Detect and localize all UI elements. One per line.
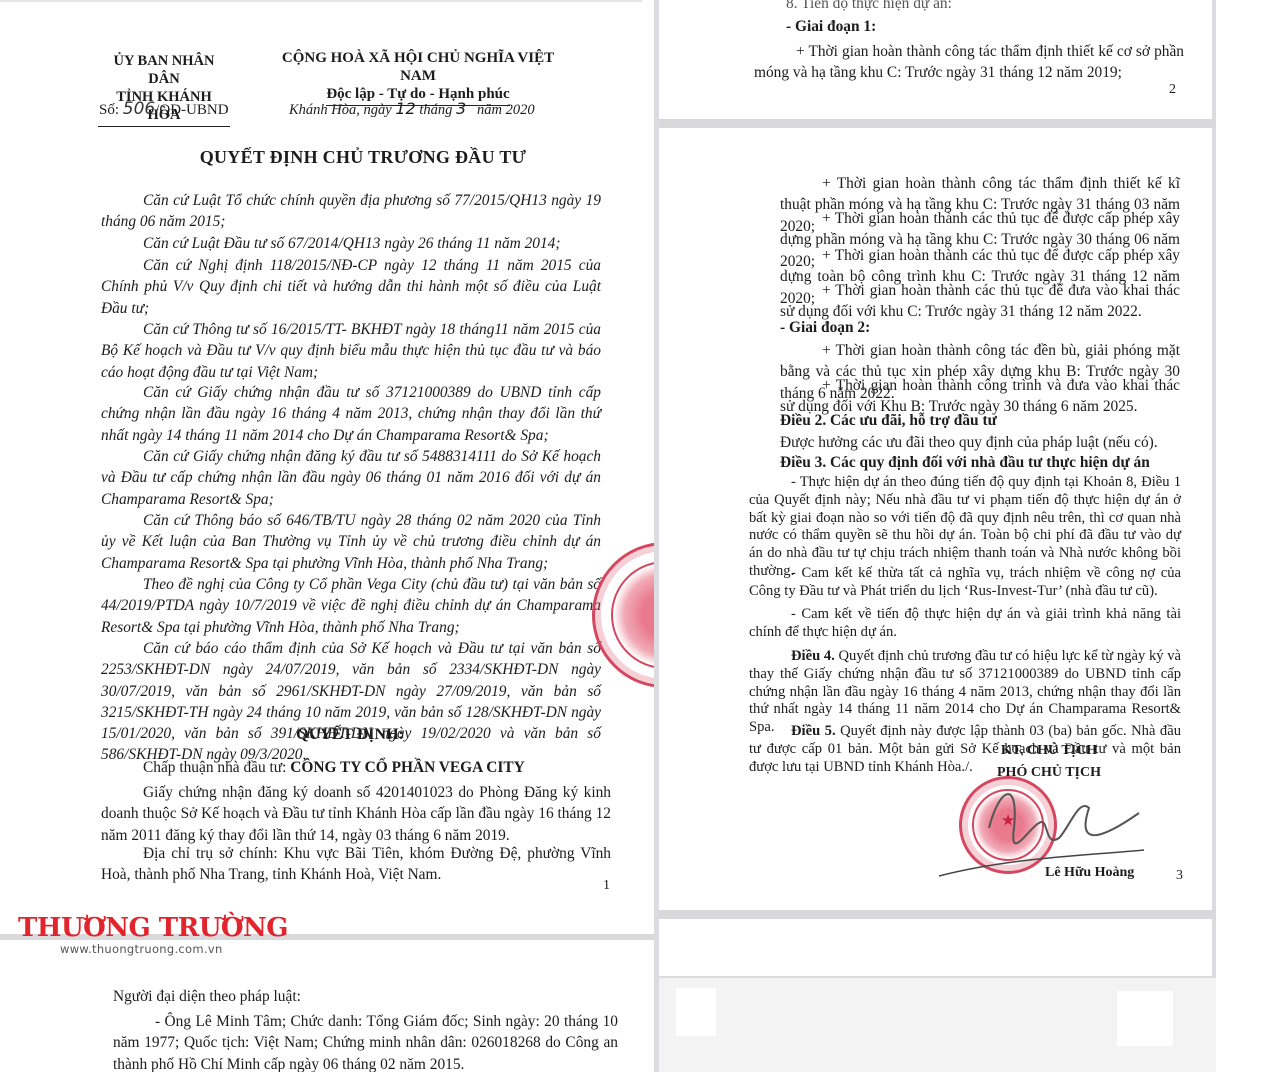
legal-representative-detail: - Ông Lê Minh Tâm; Chức danh: Tổng Giám … — [113, 1011, 618, 1072]
blank-block — [676, 988, 716, 1036]
date-prefix: Khánh Hòa, ngày — [289, 102, 392, 118]
article-4-label: Điều 4. — [791, 648, 835, 664]
brand-logo: THƯƠNG TRƯỜNG — [18, 914, 288, 942]
publisher-watermark: THƯƠNG TRƯỜNG www.thuongtruong.com.vn — [18, 914, 288, 956]
decision-heading: QUYẾT ĐỊNH: — [100, 724, 600, 745]
preamble-4: Căn cứ Thông tư số 16/2015/TT- BKHĐT ngà… — [101, 319, 601, 383]
signer-name: Lê Hữu Hoàng — [1045, 862, 1165, 883]
article-2-title: Điều 2. Các ưu đãi, hỗ trợ đầu tư — [780, 410, 1180, 431]
approve-label: Chấp thuận nhà đầu tư: — [143, 759, 286, 776]
brand-url: www.thuongtruong.com.vn — [60, 942, 288, 956]
phase-2-label: - Giai đoạn 2: — [780, 319, 870, 336]
national-motto: CỘNG HOÀ XÃ HỘI CHỦ NGHĨA VIỆT NAM Độc l… — [264, 49, 572, 106]
agency-line-1: ỦY BAN NHÂN DÂN — [98, 52, 230, 88]
phase-2-heading: - Giai đoạn 2: — [780, 317, 1180, 338]
sign-title-1: KT. CHỦ TỊCH — [949, 740, 1149, 761]
article-3-item-3: - Cam kết về tiến độ thực hiện dự án và … — [749, 606, 1181, 642]
preamble-9: Căn cứ báo cáo thẩm định của Sở Kế hoạch… — [101, 638, 601, 766]
progress-heading: 8. Tiến độ thực hiện dự án: — [786, 0, 1186, 14]
nation-line-1: CỘNG HOÀ XÃ HỘI CHỦ NGHĨA VIỆT NAM — [264, 49, 572, 85]
document-number: Số: 506/QĐ-UBND — [99, 99, 229, 119]
preamble-6: Căn cứ Giấy chứng nhận đăng ký đầu tư số… — [101, 446, 601, 510]
legal-representative-label: Người đại diện theo pháp luật: — [113, 986, 613, 1007]
document-page-1: ỦY BAN NHÂN DÂN TỈNH KHÁNH HÒA CỘNG HOÀ … — [0, 0, 642, 936]
article-2-body: Được hưởng các ưu đãi theo quy định của … — [780, 432, 1180, 453]
phase-1-item-1: + Thời gian hoàn thành công tác thẩm địn… — [754, 41, 1184, 84]
page-divider — [659, 119, 1216, 128]
document-page-1-continued: Người đại diện theo pháp luật: - Ông Lê … — [0, 940, 655, 1072]
article-3-title: Điều 3. Các quy định đối với nhà đầu tư … — [780, 452, 1180, 473]
page-number-1: 1 — [603, 878, 610, 894]
document-date: Khánh Hòa, ngày 12 tháng 3 năm 2020 — [289, 99, 535, 119]
business-certificate: Giấy chứng nhận đăng ký doanh số 4201401… — [101, 782, 611, 846]
article-3-item-2: - Cam kết kế thừa tất cả nghĩa vụ, trách… — [749, 565, 1181, 601]
number-suffix: /QĐ-UBND — [155, 102, 228, 118]
date-month-label: tháng — [419, 102, 452, 118]
date-month: 3 — [456, 99, 466, 118]
document-title: QUYẾT ĐỊNH CHỦ TRƯƠNG ĐẦU TƯ — [98, 147, 628, 168]
number-value: 506 — [123, 99, 155, 119]
phase-1-heading: - Giai đoạn 1: — [786, 16, 1186, 37]
document-page-3: + Thời gian hoàn thành công tác thẩm địn… — [659, 128, 1216, 910]
head-office-address: Địa chỉ trụ sở chính: Khu vực Bãi Tiên, … — [101, 843, 611, 886]
date-day: 12 — [395, 99, 415, 118]
preamble-2: Căn cứ Luật Đầu tư số 67/2014/QH13 ngày … — [101, 233, 601, 254]
page-number-3: 3 — [1176, 868, 1183, 884]
article-5-label: Điều 5. — [791, 723, 836, 739]
preamble-8: Theo đề nghị của Công ty Cổ phần Vega Ci… — [101, 574, 601, 638]
preamble-1: Căn cứ Luật Tổ chức chính quyền địa phươ… — [101, 190, 601, 233]
page-divider — [659, 910, 1216, 919]
page-number-2: 2 — [1169, 82, 1176, 98]
document-page-2: 8. Tiến độ thực hiện dự án: - Giai đoạn … — [659, 0, 1216, 119]
number-label: Số: — [99, 102, 119, 118]
approve-company: CÔNG TY CỔ PHẦN VEGA CITY — [290, 759, 524, 776]
empty-area — [659, 978, 1216, 1072]
blank-block — [1117, 991, 1173, 1046]
blank-page — [659, 919, 1216, 978]
preamble-5: Căn cứ Giấy chứng nhận đầu tư số 3712100… — [101, 382, 601, 446]
preamble-3: Căn cứ Nghị định 118/2015/NĐ-CP ngày 12 … — [101, 255, 601, 319]
approved-investor: Chấp thuận nhà đầu tư: CÔNG TY CỔ PHẦN V… — [101, 757, 601, 778]
date-year: năm 2020 — [477, 102, 535, 118]
preamble-7: Căn cứ Thông báo số 646/TB/TU ngày 28 th… — [101, 510, 601, 574]
